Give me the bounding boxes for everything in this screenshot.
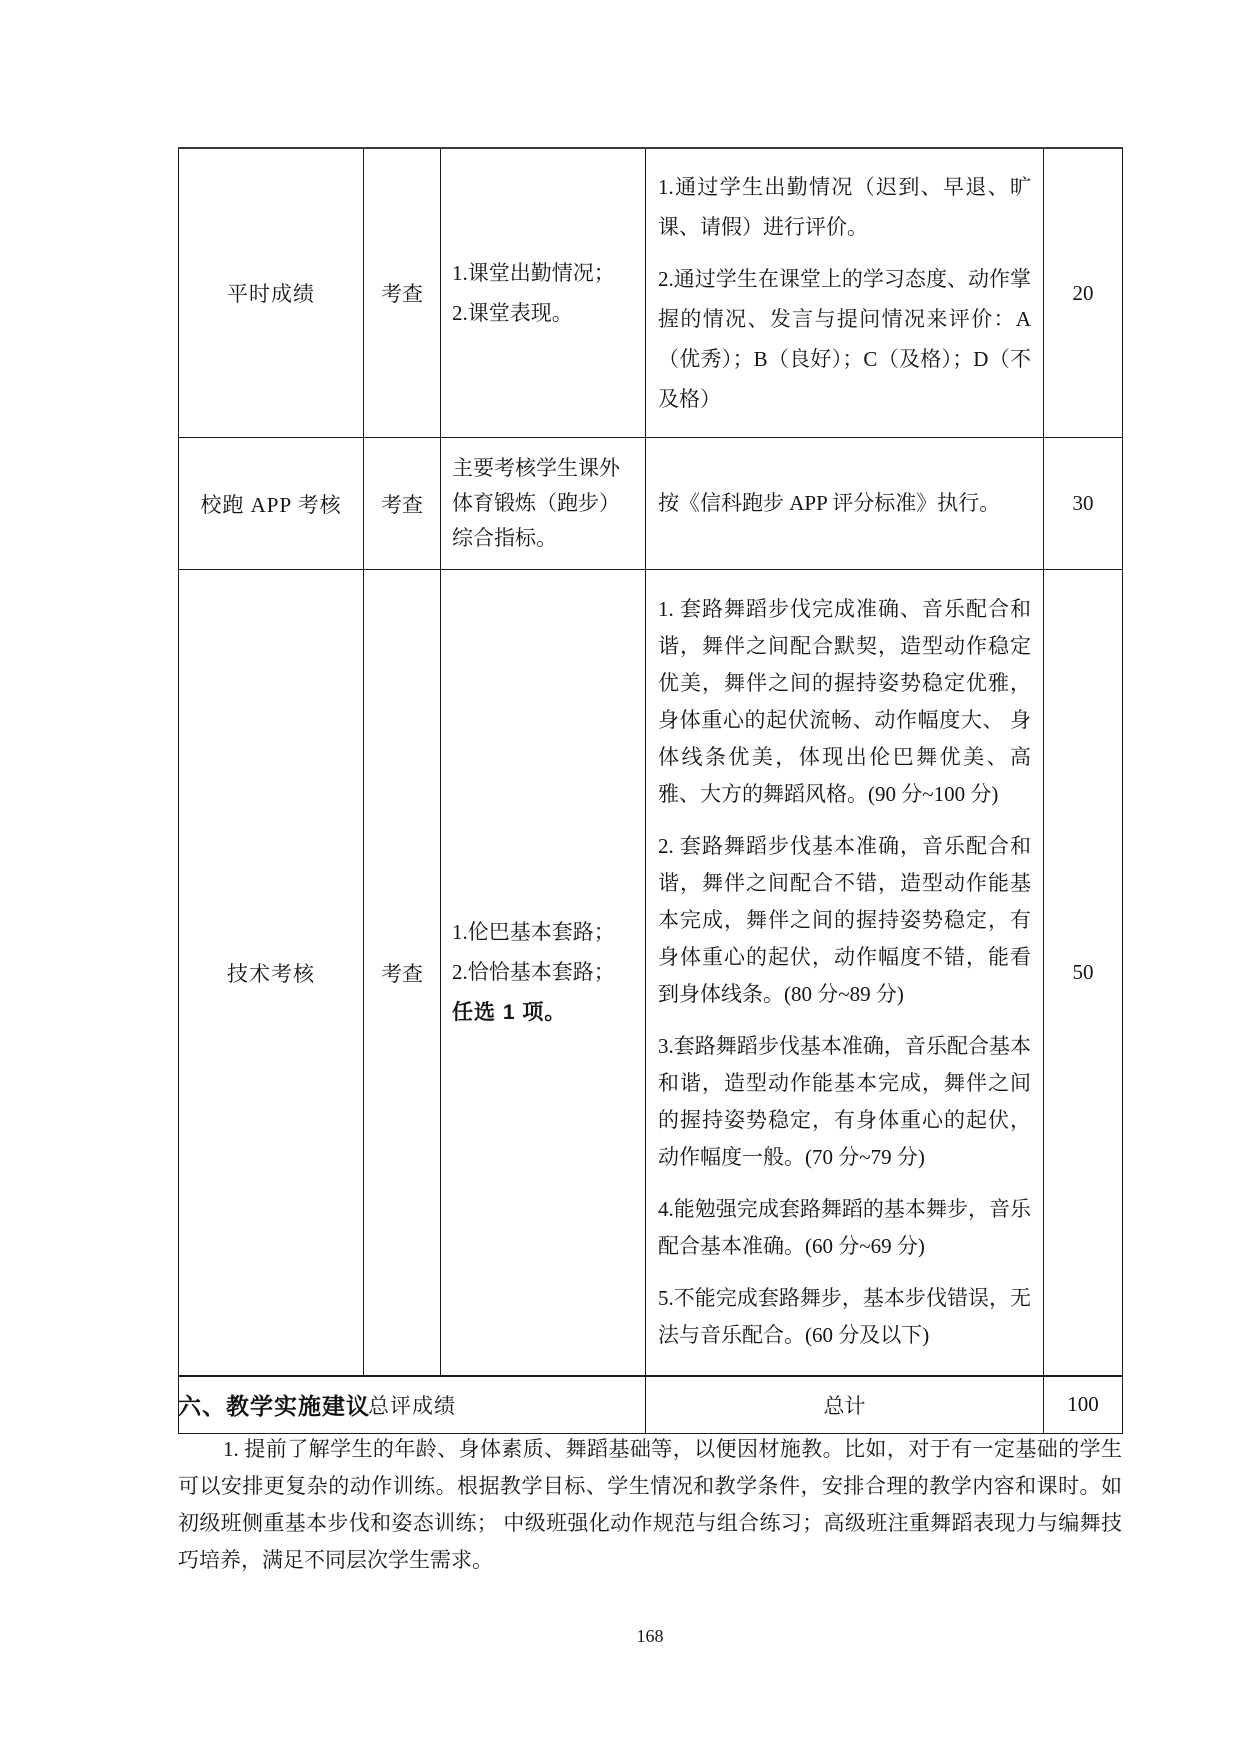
criteria-paragraph: 5.不能完成套路舞步，基本步伐错误，无法与音乐配合。(60 分及以下) <box>658 1280 1031 1354</box>
document-page: 平时成绩 考查 1.课堂出勤情况； 2.课堂表现。 1.通过学生出勤情况（迟到、… <box>0 0 1241 1755</box>
criteria-paragraph: 1. 套路舞蹈步伐完成准确、音乐配合和谐，舞伴之间配合默契，造型动作稳定优美，舞… <box>658 591 1031 813</box>
content-line: 1.课堂出勤情况； <box>452 256 637 291</box>
summary-total-score-cell: 100 <box>1044 1376 1123 1433</box>
criteria-cell: 1. 套路舞蹈步伐完成准确、音乐配合和谐，舞伴之间配合默契，造型动作稳定优美，舞… <box>646 570 1044 1377</box>
criteria-cell: 1.通过学生出勤情况（迟到、早退、旷课、请假）进行评价。 2.通过学生在课堂上的… <box>646 148 1044 438</box>
criteria-paragraph: 3.套路舞蹈步伐基本准确，音乐配合基本和谐，造型动作能基本完成，舞伴之间的握持姿… <box>658 1028 1031 1176</box>
criteria-cell: 按《信科跑步 APP 评分标准》执行。 <box>646 438 1044 570</box>
method-cell: 考查 <box>364 438 441 570</box>
score-cell: 50 <box>1044 570 1123 1377</box>
method-cell: 考查 <box>364 570 441 1377</box>
criteria-paragraph: 2. 套路舞蹈步伐基本准确，音乐配合和谐，舞伴之间配合不错，造型动作能基本完成，… <box>658 828 1031 1013</box>
score-cell: 30 <box>1044 438 1123 570</box>
criteria-paragraph: 按《信科跑步 APP 评分标准》执行。 <box>658 485 1031 522</box>
criteria-paragraph: 2.通过学生在课堂上的学习态度、动作掌握的情况、发言与提问情况来评价：A（优秀）… <box>658 259 1031 419</box>
content-line: 2.课堂表现。 <box>452 296 637 331</box>
content-line-emphasis: 任选 1 项。 <box>452 995 637 1030</box>
content-cell: 主要考核学生课外体育锻炼（跑步）综合指标。 <box>441 438 646 570</box>
table-row-technical-assessment: 技术考核 考查 1.伦巴基本套路； 2.恰恰基本套路； 任选 1 项。 1. 套… <box>179 570 1123 1377</box>
section-heading: 六、教学实施建议 <box>178 1388 370 1421</box>
summary-total-label-cell: 总计 <box>646 1376 1044 1433</box>
assessment-table: 平时成绩 考查 1.课堂出勤情况； 2.课堂表现。 1.通过学生出勤情况（迟到、… <box>178 147 1123 1434</box>
item-cell: 平时成绩 <box>179 148 364 438</box>
criteria-paragraph: 4.能勉强完成套路舞蹈的基本舞步，音乐配合基本准确。(60 分~69 分) <box>658 1191 1031 1265</box>
page-number: 168 <box>178 1626 1122 1647</box>
content-cell: 1.课堂出勤情况； 2.课堂表现。 <box>441 148 646 438</box>
table-row-regular-grade: 平时成绩 考查 1.课堂出勤情况； 2.课堂表现。 1.通过学生出勤情况（迟到、… <box>179 148 1123 438</box>
content-line: 主要考核学生课外体育锻炼（跑步）综合指标。 <box>452 451 637 556</box>
content-line: 2.恰恰基本套路； <box>452 955 637 990</box>
content-line: 1.伦巴基本套路； <box>452 915 637 950</box>
item-cell: 技术考核 <box>179 570 364 1377</box>
table-row-running-app: 校跑 APP 考核 考查 主要考核学生课外体育锻炼（跑步）综合指标。 按《信科跑… <box>179 438 1123 570</box>
item-cell: 校跑 APP 考核 <box>179 438 364 570</box>
score-cell: 20 <box>1044 148 1123 438</box>
method-cell: 考查 <box>364 148 441 438</box>
criteria-paragraph: 1.通过学生出勤情况（迟到、早退、旷课、请假）进行评价。 <box>658 167 1031 247</box>
content-cell: 1.伦巴基本套路； 2.恰恰基本套路； 任选 1 项。 <box>441 570 646 1377</box>
section-paragraph: 1. 提前了解学生的年龄、身体素质、舞蹈基础等，以便因材施教。比如，对于有一定基… <box>178 1431 1122 1579</box>
